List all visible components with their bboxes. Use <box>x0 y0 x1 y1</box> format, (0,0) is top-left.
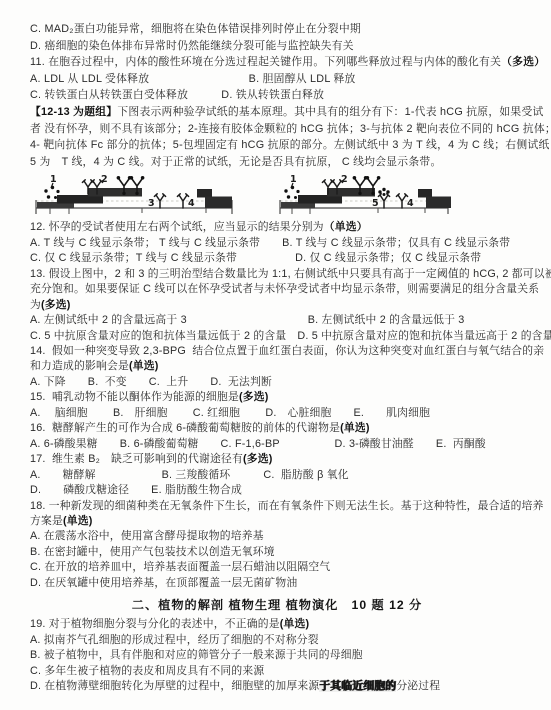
text: 者 没有怀孕，则不具有该部分；2-连接有胶体金颗粒的 hCG 抗体；3-与抗体 … <box>30 123 551 135</box>
text-line: 4- 靶向抗体 Fc 部分的抗体；5-包埋固定有 hCG 抗原的部分。左侧试纸中… <box>30 137 524 154</box>
left-test-strip: 1 2 3 4 <box>36 174 232 214</box>
figure-label: 1 <box>50 174 57 185</box>
text: A. 左侧试纸中 2 的含量远高于 3 B. 左侧试纸中 2 的含量远低于 3 <box>30 314 465 326</box>
bold-text: (单选) <box>340 422 370 434</box>
text: 5 为 T 线，4 为 C 线。对于正常的试纸，无论是否具有抗原， C 线均会显… <box>30 156 442 168</box>
text: A. 6-磷酸果糖 B. 6-磷酸葡萄糖 C. F-1,6-BP D. 3-磷酸… <box>30 438 486 450</box>
text: 11. 在胞吞过程中，内体的酸性环境在分选过程起关键作用。下列哪些释放过程与内体… <box>30 56 501 68</box>
figure-label: 1 <box>290 174 297 185</box>
text-line: 者 没有怀孕，则不具有该部分；2-连接有胶体金颗粒的 hCG 抗体；3-与抗体 … <box>30 121 524 138</box>
figure-label: 3 <box>148 198 155 209</box>
text-line: D. 在厌氧罐中使用培养基，在顶部覆盖一层无菌矿物油 <box>30 576 524 591</box>
text: 下图表示两种验孕试纸的基本原理。其中具有的组分有下：1-代表 hCG 抗原，如果… <box>117 106 543 118</box>
figure-label: 4 <box>407 198 414 209</box>
bold-text: (多选) <box>41 299 71 311</box>
text-line: A. 拟南芥气孔细胞的形成过程中，经历了细胞的不对称分裂 <box>30 633 524 648</box>
text: 18. 一种新发现的细菌种类在无氧条件下生长，而在有氧条件下则无法生长。基于这种… <box>30 500 544 512</box>
text: C. 仅 C 线显示条带；T 线与 C 线显示条带 D. 仅 C 线显示条带；仅… <box>30 252 481 264</box>
text: B. 在密封罐中，使用产气包装技术以创造无氧环境 <box>30 546 275 558</box>
text-line: 方案是(单选) <box>30 514 524 529</box>
text: D. 在植物薄壁细胞转化为厚壁的过程中，细胞壁的加厚来源 <box>30 680 319 692</box>
text: 16. 糖酵解产生的可作为合成 6-磷酸葡萄糖胺的前体的代谢物是 <box>30 422 340 434</box>
text: D. 在厌氧罐中使用培养基，在顶部覆盖一层无菌矿物油 <box>30 577 297 589</box>
bold-text: (多选) <box>243 453 273 465</box>
text-line: 16. 糖酵解产生的可作为合成 6-磷酸葡萄糖胺的前体的代谢物是(单选) <box>30 421 524 436</box>
text: A. 下降 B. 不变 C. 上升 D. 无法判断 <box>30 376 272 388</box>
text-line: 5 为 T 线，4 为 C 线。对于正常的试纸，无论是否具有抗原， C 线均会显… <box>30 154 524 171</box>
absorbent-pad <box>426 197 451 209</box>
text: 方案是 <box>30 515 63 527</box>
figure-label: 5 <box>372 198 379 209</box>
text-line: 充分饱和。如果要保证 C 线可以在怀孕受试者与未怀孕受试者中均显示条带，则需要满… <box>30 282 524 297</box>
text: 和力造成的影响会是 <box>30 360 129 372</box>
tail-text-block: 19. 对于植物细胞分裂与分化的表述中，不正确的是(单选)A. 拟南芥气孔细胞的… <box>30 617 524 694</box>
bold-text: (单选) <box>280 618 310 630</box>
membrane-pad <box>88 188 142 197</box>
text: A. 在震荡水浴中，使用富含酵母提取物的培养基 <box>30 530 264 542</box>
intro-text-block: C. MAD₂蛋白功能异常，细胞将在染色体错误排列时停止在分裂中期D. 癌细胞的… <box>30 21 524 170</box>
text-line: D. 在植物薄壁细胞转化为厚壁的过程中，细胞壁的加厚来源于其临近细胞的分泌过程 <box>30 679 524 694</box>
text: D. 癌细胞的染色体排布异常时仍然能继续分裂可能与监控缺失有关 <box>30 40 354 52</box>
text: 充分饱和。如果要保证 C 线可以在怀孕受试者与未怀孕受试者中均显示条带，则需要满… <box>30 283 539 295</box>
text-line: 为(多选) <box>30 298 524 313</box>
text: 4- 靶向抗体 Fc 部分的抗体；5-包埋固定有 hCG 抗原的部分。左侧试纸中… <box>30 139 550 151</box>
text-line: C. 在开放的培养皿中，培养基表面覆盖一层石蜡油以阻隔空气 <box>30 560 524 575</box>
text: 15. 哺乳动物不能以酮体作为能源的细胞是 <box>30 391 239 403</box>
text: C. 5 中抗原含量对应的饱和抗体当量远低于 2 的含量 D. 5 中抗原含量对… <box>30 330 551 342</box>
text: 17. 维生素 B₂ 缺乏可影响到的代谢途径有 <box>30 453 243 465</box>
text: 19. 对于植物细胞分裂与分化的表述中，不正确的是 <box>30 618 280 630</box>
text-line: C. 转铁蛋白从转铁蛋白受体释放 D. 铁从转铁蛋白释放 <box>30 87 524 104</box>
membrane-pad <box>327 188 375 197</box>
text-line: A. LDL 从 LDL 受体释放 B. 胆固醇从 LDL 释放 <box>30 71 524 88</box>
text: D. 磷酸戊糖途径 E. 脂肪酸生物合成 <box>30 484 242 496</box>
text: 14. 假如一种突变导致 2,3-BPG 结合位点置于血红蛋白表面，你认为这种突… <box>30 345 544 357</box>
text-line: 和力造成的影响会是(单选) <box>30 359 524 374</box>
text-line: A. T 线与 C 线显示条带； T 线与 C 线显示条带 B. T 线与 C … <box>30 236 524 251</box>
text: C. 转铁蛋白从转铁蛋白受体释放 D. 铁从转铁蛋白释放 <box>30 89 324 101</box>
text-line: A. 脑细胞 B. 肝细胞 C. 红细胞 D. 心脏细胞 E. 肌肉细胞 <box>30 406 524 421</box>
text: 分泌过程 <box>396 680 440 692</box>
text-line: 11. 在胞吞过程中，内体的酸性环境在分选过程起关键作用。下列哪些释放过程与内体… <box>30 54 524 71</box>
text-line: A. 糖酵解 B. 三羧酸循环 C. 脂肪酸 β 氧化 <box>30 468 524 483</box>
text-line: 17. 维生素 B₂ 缺乏可影响到的代谢途径有(多选) <box>30 452 524 467</box>
right-test-strip: 1 2 5 4 <box>280 174 451 214</box>
text-line: C. 仅 C 线显示条带；T 线与 C 线显示条带 D. 仅 C 线显示条带；仅… <box>30 251 524 266</box>
figure-label: 2 <box>341 174 348 185</box>
text: 13. 假设上图中，2 和 3 的三明治型结合数量比为 1:1, 右侧试纸中只要… <box>30 268 551 280</box>
bold-text: (多选) <box>239 391 269 403</box>
section-heading: 二、植物的解剖 植物生理 植物演化 10 题 12 分 <box>30 597 524 613</box>
text: A. T 线与 C 线显示条带； T 线与 C 线显示条带 B. T 线与 C … <box>30 237 510 249</box>
text: A. 脑细胞 B. 肝细胞 C. 红细胞 D. 心脏细胞 E. 肌肉细胞 <box>30 407 430 419</box>
text-line: D. 癌细胞的染色体排布异常时仍然能继续分裂可能与监控缺失有关 <box>30 38 524 55</box>
figure-label: 2 <box>101 174 108 185</box>
questions-text-block: 12. 怀孕的受试者使用左右两个试纸，应当显示的结果分别为（单选）A. T 线与… <box>30 220 524 591</box>
text-line: B. 被子植物中，具有伴胞和对应的筛管分子一般来源于共同的母细胞 <box>30 648 524 663</box>
absorbent-pad <box>197 189 212 198</box>
text-line: C. MAD₂蛋白功能异常，细胞将在染色体错误排列时停止在分裂中期 <box>30 21 524 38</box>
text-line: 12. 怀孕的受试者使用左右两个试纸，应当显示的结果分别为（单选） <box>30 220 524 235</box>
text-line: 18. 一种新发现的细菌种类在无氧条件下生长，而在有氧条件下则无法生长。基于这种… <box>30 499 524 514</box>
text-line: 19. 对于植物细胞分裂与分化的表述中，不正确的是(单选) <box>30 617 524 632</box>
absorbent-pad <box>418 189 432 198</box>
figure-label: 4 <box>188 198 195 209</box>
test-strip-diagram: 1 2 3 4 <box>30 171 524 217</box>
bold-text: (单选) <box>129 360 159 372</box>
bold-text: （单选） <box>324 221 368 233</box>
scanned-exam-page: { "page": { "ink_color": "#2b2b2b", "bac… <box>0 0 551 710</box>
smudged-text: 于其临近细胞的 <box>319 680 396 692</box>
text-line: A. 6-磷酸果糖 B. 6-磷酸葡萄糖 C. F-1,6-BP D. 3-磷酸… <box>30 437 524 452</box>
text: 为 <box>30 299 41 311</box>
text-line: C. 多年生被子植物的表皮和周皮具有不同的来源 <box>30 664 524 679</box>
absorbent-pad <box>205 197 232 209</box>
text: A. LDL 从 LDL 受体释放 B. 胆固醇从 LDL 释放 <box>30 73 356 85</box>
text: B. 被子植物中，具有伴胞和对应的筛管分子一般来源于共同的母细胞 <box>30 649 363 661</box>
text: C. 多年生被子植物的表皮和周皮具有不同的来源 <box>30 665 264 677</box>
text-line: 15. 哺乳动物不能以酮体作为能源的细胞是(多选) <box>30 390 524 405</box>
text: 12. 怀孕的受试者使用左右两个试纸，应当显示的结果分别为 <box>30 221 324 233</box>
text-line: A. 左侧试纸中 2 的含量远高于 3 B. 左侧试纸中 2 的含量远低于 3 <box>30 313 524 328</box>
document-body: C. MAD₂蛋白功能异常，细胞将在染色体错误排列时停止在分裂中期D. 癌细胞的… <box>30 21 524 694</box>
text: A. 糖酵解 B. 三羧酸循环 C. 脂肪酸 β 氧化 <box>30 469 349 481</box>
bold-text: 【12-13 为题组】 <box>30 106 117 118</box>
bold-text: （多选） <box>501 56 545 68</box>
text: A. 拟南芥气孔细胞的形成过程中，经历了细胞的不对称分裂 <box>30 634 319 646</box>
text-line: 13. 假设上图中，2 和 3 的三明治型结合数量比为 1:1, 右侧试纸中只要… <box>30 267 524 282</box>
text-line: 【12-13 为题组】下图表示两种验孕试纸的基本原理。其中具有的组分有下：1-代… <box>30 104 524 121</box>
pregnancy-test-figure: 1 2 3 4 <box>30 171 524 217</box>
text-line: B. 在密封罐中，使用产气包装技术以创造无氧环境 <box>30 545 524 560</box>
text-line: D. 磷酸戊糖途径 E. 脂肪酸生物合成 <box>30 483 524 498</box>
text-line: 14. 假如一种突变导致 2,3-BPG 结合位点置于血红蛋白表面，你认为这种突… <box>30 344 524 359</box>
text: C. 在开放的培养皿中，培养基表面覆盖一层石蜡油以阻隔空气 <box>30 561 330 573</box>
text-line: A. 在震荡水浴中，使用富含酵母提取物的培养基 <box>30 529 524 544</box>
text: C. MAD₂蛋白功能异常，细胞将在染色体错误排列时停止在分裂中期 <box>30 23 361 35</box>
text-line: C. 5 中抗原含量对应的饱和抗体当量远低于 2 的含量 D. 5 中抗原含量对… <box>30 329 524 344</box>
text-line: A. 下降 B. 不变 C. 上升 D. 无法判断 <box>30 375 524 390</box>
bold-text: (单选) <box>63 515 93 527</box>
